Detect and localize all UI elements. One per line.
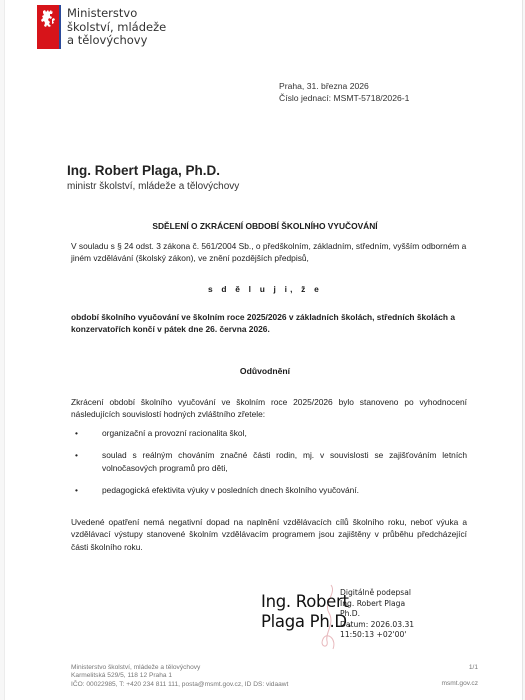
ministry-logo: [37, 5, 59, 49]
list-item: • soulad s reálným chováním značné části…: [71, 449, 467, 474]
decision-paragraph: období školního vyučování ve školním roc…: [71, 311, 467, 336]
signature-detail-line: Datum: 2026.03.31: [340, 620, 414, 631]
footer-website: msmt.gov.cz: [441, 680, 478, 687]
justification-heading: Odůvodnění: [65, 366, 465, 376]
czech-lion-coat-of-arms-icon: [40, 9, 56, 29]
reference-number: Číslo jednací: MSMT-5718/2026-1: [279, 92, 409, 104]
reason-text: organizační a provozní racionalita škol,: [102, 428, 247, 438]
reasons-list: • organizační a provozní racionalita ško…: [71, 427, 467, 507]
date-reference-block: Praha, 31. března 2026 Číslo jednací: MS…: [279, 80, 409, 104]
ministry-name: Ministerstvo školství, mládeže a tělovýc…: [67, 7, 166, 48]
reason-text: soulad s reálným chováním značné části r…: [102, 450, 467, 472]
page-number: 1/1: [441, 664, 478, 672]
signature-detail-line: Digitálně podepsal: [340, 588, 414, 599]
ministry-name-line: školství, mládeže: [67, 21, 166, 35]
announcement-phrase: s d ě l u j i, ž e: [65, 284, 465, 294]
list-item: • pedagogická efektivita výuky v posledn…: [71, 484, 467, 496]
closing-paragraph: Uvedené opatření nemá negativní dopad na…: [71, 516, 467, 553]
ministry-name-line: a tělovýchovy: [67, 34, 166, 48]
legal-basis-paragraph: V souladu s § 24 odst. 3 zákona č. 561/2…: [71, 240, 467, 265]
place-date: Praha, 31. března 2026: [279, 80, 409, 92]
footer-line: Ministerstvo školství, mládeže a tělovýc…: [71, 664, 288, 672]
ministry-name-line: Ministerstvo: [67, 7, 166, 21]
justification-intro: Zkrácení období školního vyučování ve šk…: [71, 396, 467, 421]
footer-contact: Ministerstvo školství, mládeže a tělovýc…: [71, 664, 288, 689]
signature-detail-line: Ing. Robert Plaga: [340, 599, 414, 610]
document-heading: SDĚLENÍ O ZKRÁCENÍ OBDOBÍ ŠKOLNÍHO VYUČO…: [65, 221, 465, 231]
document-page: Ministerstvo školství, mládeže a tělovýc…: [4, 0, 523, 700]
signature-detail-line: 11:50:13 +02'00': [340, 630, 414, 641]
signature-name-line: Ing. Robert: [261, 592, 352, 612]
list-item: • organizační a provozní racionalita ško…: [71, 427, 467, 439]
bullet-icon: •: [75, 484, 78, 496]
signature-detail-line: Ph.D.: [340, 609, 414, 620]
digital-signature-name: Ing. Robert Plaga Ph.D.: [261, 592, 352, 632]
signatory-title: ministr školství, mládeže a tělovýchovy: [67, 181, 239, 192]
footer-line: Karmelitská 529/5, 118 12 Praha 1: [71, 672, 288, 680]
footer-line: IČO: 00022985, T: +420 234 811 111, post…: [71, 681, 288, 689]
reason-text: pedagogická efektivita výuky v posledníc…: [102, 485, 359, 495]
bullet-icon: •: [75, 427, 78, 439]
digital-signature-details: Digitálně podepsal Ing. Robert Plaga Ph.…: [340, 588, 414, 641]
signatory-name: Ing. Robert Plaga, Ph.D.: [67, 163, 220, 178]
footer-meta: 1/1 msmt.gov.cz: [441, 664, 478, 687]
bullet-icon: •: [75, 449, 78, 461]
signature-name-line: Plaga Ph.D.: [261, 612, 352, 632]
